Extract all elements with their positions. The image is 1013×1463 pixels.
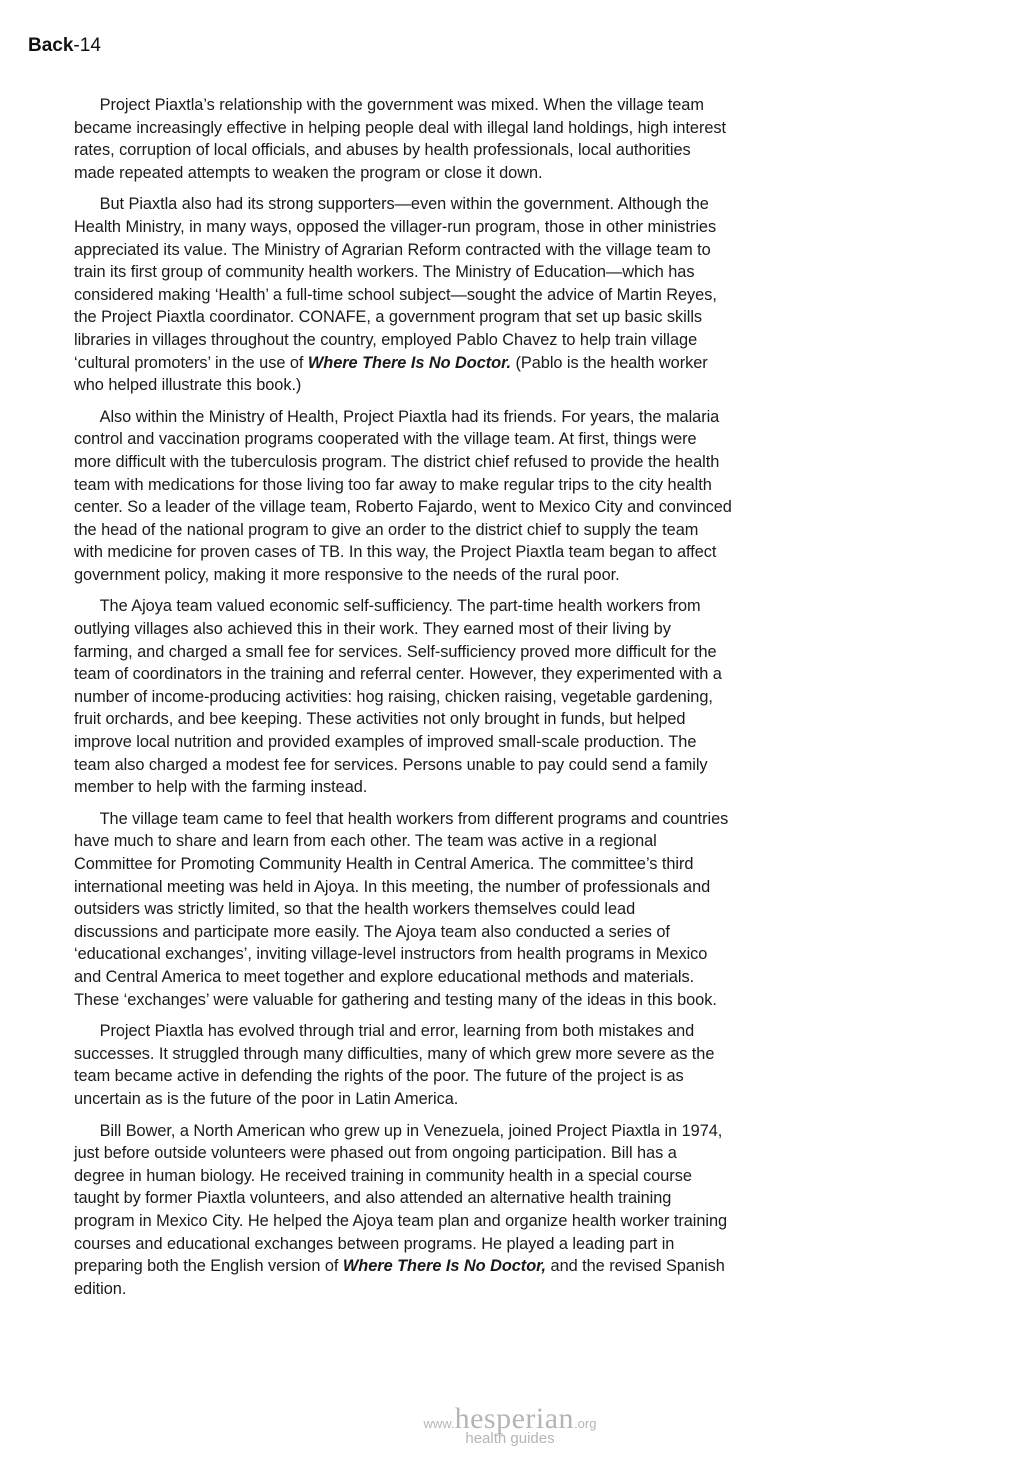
text-line: discussions and participate more easily.… [74, 921, 882, 944]
page-number: 14 [80, 35, 101, 56]
text-line: ‘educational exchanges’, inviting villag… [74, 943, 882, 966]
page-header: Back-14 [28, 34, 101, 58]
text-segment: and the revised Spanish [546, 1256, 725, 1275]
text-line: team also charged a modest fee for servi… [74, 754, 882, 777]
text-line: Project Piaxtla’s relationship with the … [74, 94, 882, 117]
text-segment: ‘cultural promoters’ in the use of [74, 353, 308, 372]
text-line: courses and educational exchanges betwee… [74, 1233, 882, 1256]
text-segment: preparing both the English version of [74, 1256, 343, 1275]
book-title-emphasis: Where There Is No Doctor. [308, 353, 511, 372]
text-line: degree in human biology. He received tra… [74, 1165, 882, 1188]
hesperian-logo: www.hesperian.org health guides [390, 1406, 630, 1447]
text-line: and Central America to meet together and… [74, 966, 882, 989]
text-line: team of coordinators in the training and… [74, 663, 882, 686]
paragraph-government-relations: Project Piaxtla’s relationship with the … [74, 94, 882, 184]
text-line: number of income-producing activities: h… [74, 686, 882, 709]
text-line: who helped illustrate this book.) [74, 374, 882, 397]
text-line: successes. It struggled through many dif… [74, 1043, 882, 1066]
text-line: train its first group of community healt… [74, 261, 882, 284]
logo-prefix: www. [424, 1416, 455, 1431]
text-line: Project Piaxtla has evolved through tria… [74, 1020, 882, 1043]
text-line: outlying villages also achieved this in … [74, 618, 882, 641]
text-line: appreciated its value. The Ministry of A… [74, 239, 882, 262]
text-line: became increasingly effective in helping… [74, 117, 882, 140]
text-line: libraries in villages throughout the cou… [74, 329, 882, 352]
logo-suffix: .org [574, 1416, 596, 1431]
text-line: But Piaxtla also had its strong supporte… [74, 193, 882, 216]
book-title-emphasis: Where There Is No Doctor, [343, 1256, 546, 1275]
text-line: Health Ministry, in many ways, opposed t… [74, 216, 882, 239]
paragraph-supporters: But Piaxtla also had its strong supporte… [74, 193, 882, 396]
text-line: made repeated attempts to weaken the pro… [74, 162, 882, 185]
text-line: more difficult with the tuberculosis pro… [74, 451, 882, 474]
text-line: fruit orchards, and bee keeping. These a… [74, 708, 882, 731]
text-line: Bill Bower, a North American who grew up… [74, 1120, 882, 1143]
text-line: program in Mexico City. He helped the Aj… [74, 1210, 882, 1233]
text-line: the Project Piaxtla coordinator. CONAFE,… [74, 306, 882, 329]
text-line: control and vaccination programs coopera… [74, 428, 882, 451]
paragraph-exchanges: The village team came to feel that healt… [74, 808, 882, 1011]
text-line: the head of the national program to give… [74, 519, 882, 542]
text-line: with medicine for proven cases of TB. In… [74, 541, 882, 564]
article-body: Project Piaxtla’s relationship with the … [74, 94, 894, 1309]
paragraph-bill-bower: Bill Bower, a North American who grew up… [74, 1120, 882, 1301]
text-line: government policy, making it more respon… [74, 564, 882, 587]
paragraph-evolution: Project Piaxtla has evolved through tria… [74, 1020, 882, 1110]
text-line: ‘cultural promoters’ in the use of Where… [74, 352, 882, 375]
text-line: Also within the Ministry of Health, Proj… [74, 406, 882, 429]
text-segment: (Pablo is the health worker [511, 353, 708, 372]
text-line: team became active in defending the righ… [74, 1065, 882, 1088]
text-line: improve local nutrition and provided exa… [74, 731, 882, 754]
paragraph-ministry-of-health: Also within the Ministry of Health, Proj… [74, 406, 882, 587]
text-line: rates, corruption of local officials, an… [74, 139, 882, 162]
text-line: just before outside volunteers were phas… [74, 1142, 882, 1165]
text-line: considered making ‘Health’ a full-time s… [74, 284, 882, 307]
text-line: farming, and charged a small fee for ser… [74, 641, 882, 664]
text-line: Committee for Promoting Community Health… [74, 853, 882, 876]
text-line: uncertain as is the future of the poor i… [74, 1088, 882, 1111]
text-line: preparing both the English version of Wh… [74, 1255, 882, 1278]
paragraph-self-sufficiency: The Ajoya team valued economic self-suff… [74, 595, 882, 798]
text-line: team with medications for those living t… [74, 474, 882, 497]
text-line: outsiders was strictly limited, so that … [74, 898, 882, 921]
text-line: international meeting was held in Ajoya.… [74, 876, 882, 899]
text-line: member to help with the farming instead. [74, 776, 882, 799]
text-line: edition. [74, 1278, 882, 1301]
section-label: Back [28, 35, 73, 56]
text-line: taught by former Piaxtla volunteers, and… [74, 1187, 882, 1210]
text-line: center. So a leader of the village team,… [74, 496, 882, 519]
text-line: The village team came to feel that healt… [74, 808, 882, 831]
text-line: The Ajoya team valued economic self-suff… [74, 595, 882, 618]
text-line: have much to share and learn from each o… [74, 830, 882, 853]
text-line: These ‘exchanges’ were valuable for gath… [74, 989, 882, 1012]
